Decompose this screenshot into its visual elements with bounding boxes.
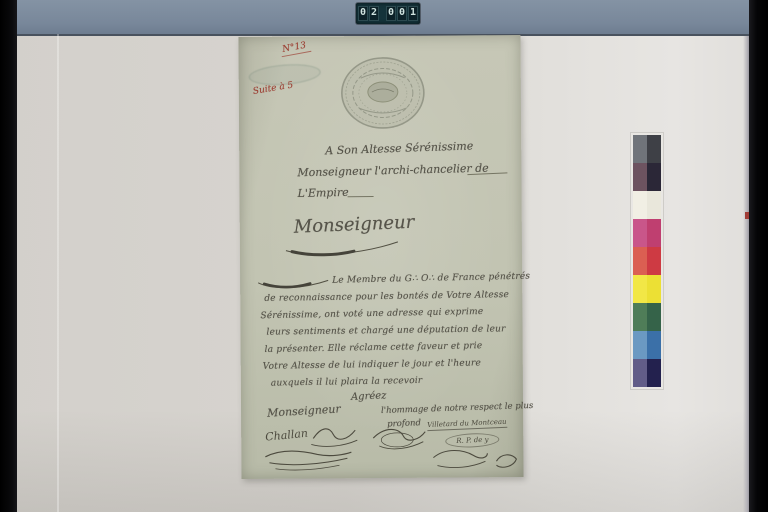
frame-counter-display: 0 2 0 0 1 (356, 3, 420, 24)
counter-digit: 0 (386, 6, 396, 21)
illegible-signature-flourish (429, 443, 489, 473)
ink-dash (348, 196, 374, 197)
right-frame-bar (749, 0, 768, 512)
body-line: Sérénissime, ont voté une adresse qui ex… (260, 307, 483, 321)
paragraph-flourish (256, 274, 330, 291)
folio-number-annotation: N°13 (280, 40, 312, 57)
illegible-signature-flourish (307, 418, 359, 448)
color-patch-magenta (633, 219, 661, 247)
color-patch-yellow (633, 275, 661, 303)
archival-photograph: 0 2 0 0 1 N°13 Suite à 5 (0, 0, 768, 512)
backdrop-seam (57, 34, 59, 512)
address-line: L'Empire (297, 186, 348, 200)
color-patch-green (633, 303, 661, 331)
color-patch-gray (633, 135, 661, 163)
color-patch-red (633, 247, 661, 275)
color-patch-white (633, 191, 661, 219)
body-line: leurs sentiments et chargé une députatio… (266, 324, 505, 337)
illegible-signature-flourish (369, 420, 427, 454)
illegible-signature-flourish (261, 446, 355, 473)
signature-challan: Challan (265, 427, 309, 444)
color-patch-blue (633, 331, 661, 359)
left-frame-bar (0, 0, 17, 512)
address-line: Monseigneur l'archi-chancelier de (297, 162, 489, 180)
body-line: Votre Altesse de lui indiquer le jour et… (263, 358, 481, 371)
color-patch-navy (633, 359, 661, 387)
salutation-flourish (282, 238, 402, 259)
color-calibration-bar (633, 135, 661, 387)
closing-monseigneur: Monseigneur (267, 402, 341, 419)
official-seal (339, 56, 428, 131)
manuscript-sheet: N°13 Suite à 5 A Son Altesse Sérénissime… (238, 35, 523, 479)
body-line: de reconnaissance pour les bontés de Vot… (264, 290, 509, 304)
signature-villetard: Villetard du Montceau (427, 418, 507, 431)
body-line: auxquels il lui plaira la recevoir (271, 376, 423, 389)
body-line: Le Membre du G∴ O∴ de France pénétrés (332, 272, 530, 286)
closing-agreez: Agréez (351, 390, 387, 402)
counter-digit: 0 (358, 6, 368, 21)
color-patch-plum (633, 163, 661, 191)
counter-digit: 1 (408, 6, 418, 21)
closing-hommage: l'hommage de notre respect le plus (381, 401, 533, 416)
counter-right-group: 0 0 1 (386, 6, 418, 21)
illegible-signature-flourish (493, 449, 519, 473)
counter-digit: 2 (369, 6, 379, 21)
address-line: A Son Altesse Sérénissime (325, 139, 473, 157)
counter-left-group: 0 2 (358, 6, 379, 21)
ink-dash (467, 172, 507, 175)
salutation: Monseigneur (293, 212, 414, 238)
body-line: la présenter. Elle réclame cette faveur … (265, 341, 483, 355)
counter-digit: 0 (397, 6, 407, 21)
